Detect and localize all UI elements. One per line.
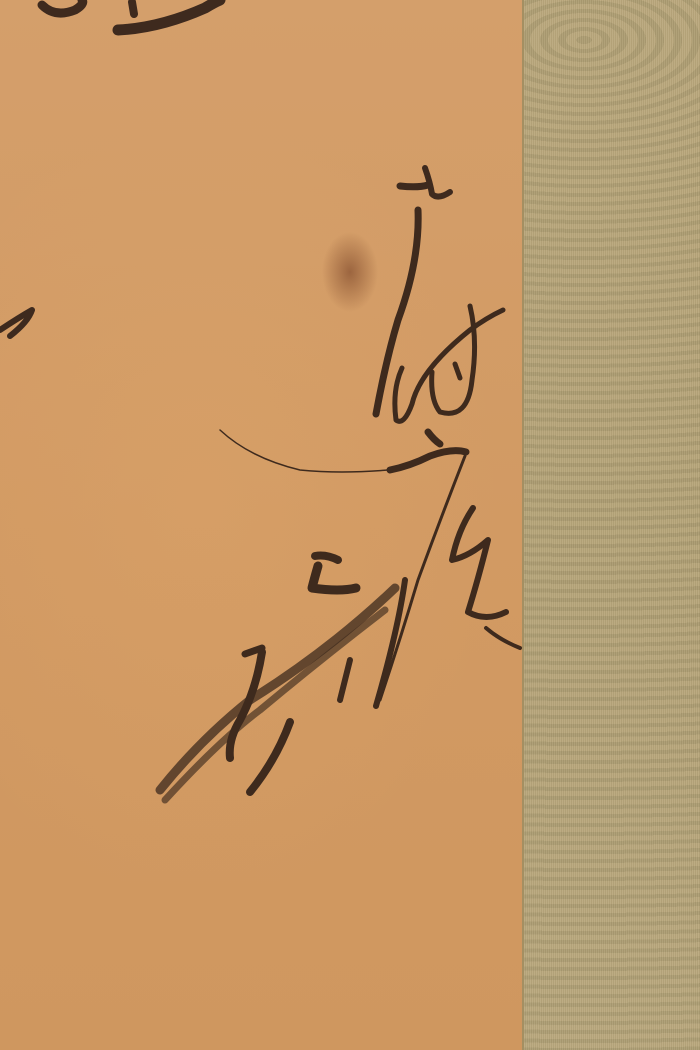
calligraphy-ink (0, 0, 700, 1050)
